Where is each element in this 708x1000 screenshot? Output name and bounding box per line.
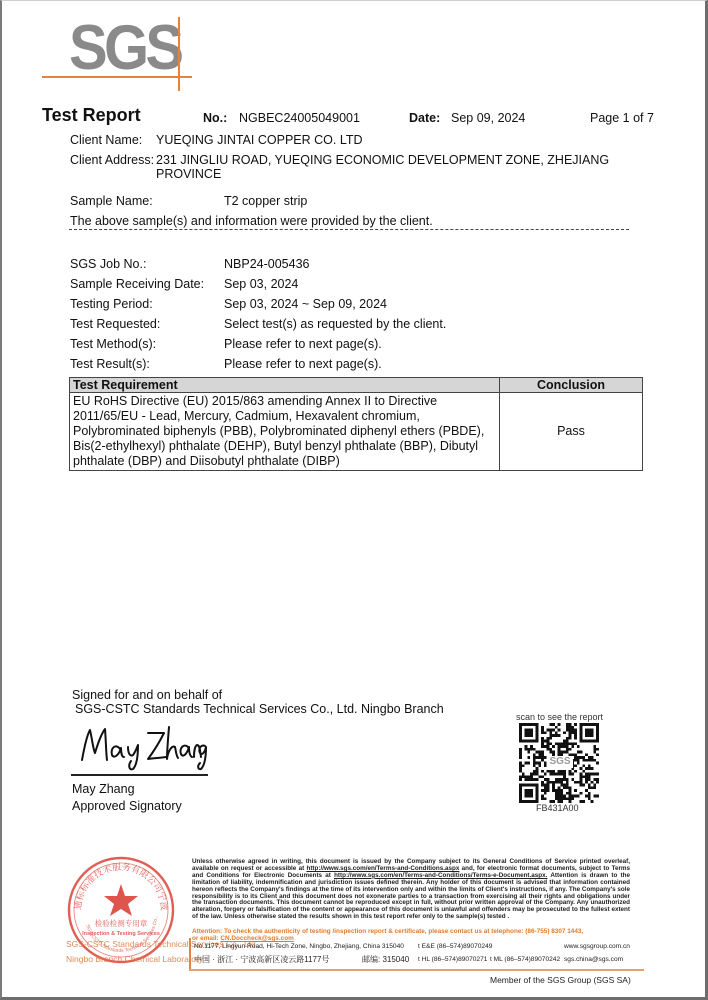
sample-name-label: Sample Name: [70, 194, 153, 208]
phone-ml: t ML (86–574)89070242 [490, 956, 560, 963]
report-title: Test Report [42, 105, 141, 126]
column-header-conclusion: Conclusion [500, 378, 643, 393]
detail-value: Please refer to next page(s). [224, 337, 382, 351]
report-page: SGS Test Report No.: NGBEC24005049001 Da… [0, 0, 708, 1000]
detail-label: Test Method(s): [70, 337, 156, 351]
stamp-company-line2: Ningbo Branch Chemical Laboratory [66, 954, 203, 964]
detail-label: Test Result(s): [70, 357, 150, 371]
detail-label: Sample Receiving Date: [70, 277, 204, 291]
detail-value: NBP24-005436 [224, 257, 309, 271]
conclusion-cell: Pass [500, 393, 643, 471]
stamp-cn-text: 检验检测专用章 [95, 918, 148, 928]
sample-name-value: T2 copper strip [224, 194, 307, 208]
handwritten-signature [78, 723, 208, 771]
page-number: Page 1 of 7 [590, 111, 654, 125]
contact-email[interactable]: sgs.china@sgs.com [564, 956, 623, 963]
address-cn: 中国 · 浙江 · 宁波高新区凌云路1177号 [194, 954, 329, 965]
detail-value: Sep 03, 2024 [224, 277, 298, 291]
signature-line [71, 774, 208, 776]
postcode-cn: 邮编: 315040 [362, 954, 409, 965]
signatory-name: May Zhang [72, 782, 135, 796]
logo-orange-rule [42, 76, 192, 78]
report-date-label: Date: [409, 111, 440, 125]
sgs-logo: SGS [42, 15, 197, 95]
client-name-value: YUEQING JINTAI COPPER CO. LTD [156, 133, 363, 147]
requirement-cell: EU RoHS Directive (EU) 2015/863 amending… [70, 393, 500, 471]
detail-value: Please refer to next page(s). [224, 357, 382, 371]
inspection-stamp-seal: 通标标准技术服务有限公司宁波分公司 检验检测专用章 Inspection & T… [65, 854, 177, 966]
detail-value: Sep 03, 2024 ~ Sep 09, 2024 [224, 297, 387, 311]
table-row: EU RoHS Directive (EU) 2015/863 amending… [70, 393, 643, 471]
test-requirement-table: Test Requirement Conclusion EU RoHS Dire… [69, 377, 643, 471]
qr-code-id: FB431A00 [536, 803, 579, 813]
client-address-line2: PROVINCE [156, 167, 221, 181]
report-number: NGBEC24005049001 [239, 111, 360, 125]
report-date: Sep 09, 2024 [451, 111, 525, 125]
website[interactable]: www.sgsgroup.com.cn [564, 943, 630, 950]
address-en: No.1177, Lingyun Road, Hi-Tech Zone, Nin… [194, 943, 404, 950]
doccheck-email-link[interactable]: CN.Doccheck@sgs.com [220, 935, 293, 942]
footer-rule [189, 969, 644, 971]
client-address-line1: 231 JINGLIU ROAD, YUEQING ECONOMIC DEVEL… [156, 153, 609, 167]
phone-ee: t E&E (86–574)89070249 [418, 943, 492, 950]
qr-sgs-badge: SGS [547, 756, 573, 768]
table-header-row: Test Requirement Conclusion [70, 378, 643, 393]
address-divider [189, 938, 191, 971]
detail-label: SGS Job No.: [70, 257, 146, 271]
column-header-requirement: Test Requirement [70, 378, 500, 393]
logo-orange-rule-vertical [178, 17, 180, 91]
report-number-label: No.: [203, 111, 227, 125]
client-address-label: Client Address: [70, 153, 154, 167]
sample-provided-note: The above sample(s) and information were… [70, 214, 433, 228]
signed-on-behalf: Signed for and on behalf of [72, 688, 222, 702]
dashed-divider [69, 229, 629, 230]
detail-label: Testing Period: [70, 297, 153, 311]
qr-caption: scan to see the report [516, 712, 603, 722]
detail-label: Test Requested: [70, 317, 160, 331]
signing-company: SGS-CSTC Standards Technical Services Co… [75, 702, 444, 716]
signatory-title: Approved Signatory [72, 799, 182, 813]
client-name-label: Client Name: [70, 133, 142, 147]
phone-hl: t HL (86–574)89070271 [418, 956, 487, 963]
detail-value: Select test(s) as requested by the clien… [224, 317, 446, 331]
legal-disclaimer: Unless otherwise agreed in writing, this… [192, 859, 630, 921]
authenticity-notice: Attention: To check the authenticity of … [192, 928, 632, 942]
sgs-group-membership: Member of the SGS Group (SGS SA) [490, 975, 631, 985]
sgs-logo-text: SGS [69, 17, 180, 80]
